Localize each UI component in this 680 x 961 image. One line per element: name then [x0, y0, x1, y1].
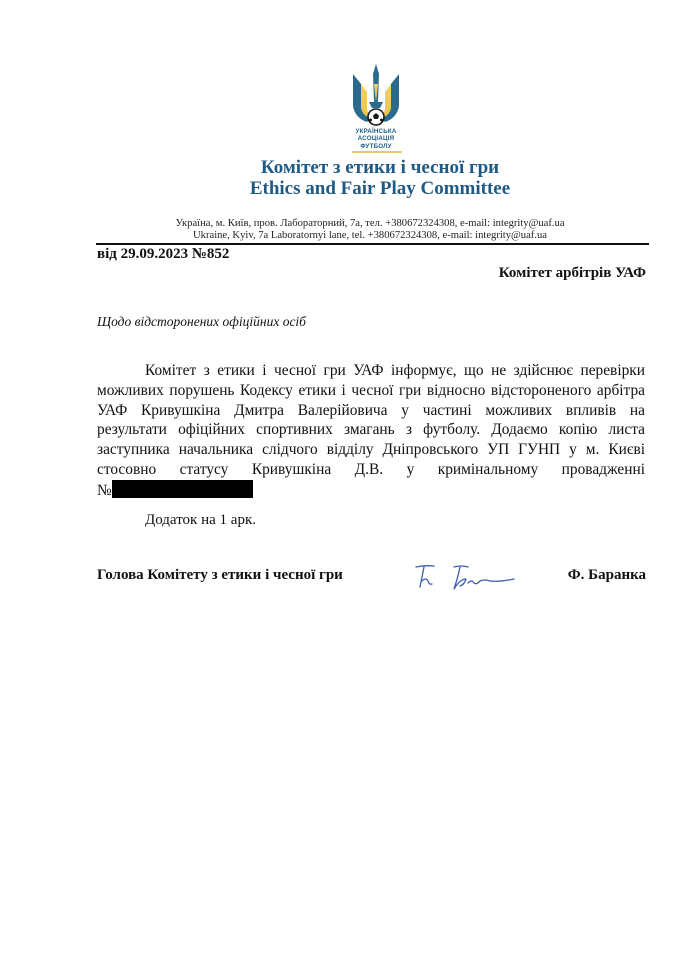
signatory-title: Голова Комітету з етики і чесної гри — [97, 567, 343, 584]
subject-line: Щодо відсторонених офіційних осіб — [97, 314, 306, 330]
committee-title-uk: Комітет з етики і чесної гри — [0, 157, 680, 179]
case-number-prefix: № — [97, 482, 112, 499]
logo-text-line: АСОЦІАЦІЯ — [330, 135, 422, 142]
body-line: Комітет з етики і чесної гри УАФ інформу… — [97, 361, 645, 381]
logo-text-line: УКРАЇНСЬКА — [330, 128, 422, 135]
recipient: Комітет арбітрів УАФ — [499, 265, 646, 282]
redacted-case-number — [112, 480, 253, 498]
address-uk: Україна, м. Київ, пров. Лабораторний, 7а… — [0, 218, 680, 229]
attachment-note: Додаток на 1 арк. — [145, 512, 256, 529]
body-line: стосовно статусу Кривушкіна Д.В. у кримі… — [97, 460, 645, 480]
letterhead-divider — [96, 243, 649, 245]
body-line: можливих порушень Кодексу етики і чесної… — [97, 381, 645, 401]
body-line-last: № — [97, 480, 645, 501]
body-line: заступника начальника слідчого відділу Д… — [97, 440, 645, 460]
logo-wordmark: УКРАЇНСЬКА АСОЦІАЦІЯ ФУТБОЛУ — [330, 128, 422, 150]
document-reference: від 29.09.2023 №852 — [97, 246, 229, 263]
logo-text-line: ФУТБОЛУ — [330, 143, 422, 150]
signatory-name: Ф. Баранка — [568, 567, 646, 584]
body-line: УАФ Кривушкіна Дмитра Валерійовича у час… — [97, 401, 645, 421]
address-en: Ukraine, Kyiv, 7a Laboratornyi lane, tel… — [0, 230, 680, 241]
committee-title-en: Ethics and Fair Play Committee — [0, 178, 680, 200]
letter-body: Комітет з етики і чесної гри УАФ інформу… — [97, 361, 645, 501]
body-line: результати офіційних спортивних змагань … — [97, 420, 645, 440]
logo-underline — [352, 151, 402, 153]
handwritten-signature-icon — [410, 555, 525, 600]
